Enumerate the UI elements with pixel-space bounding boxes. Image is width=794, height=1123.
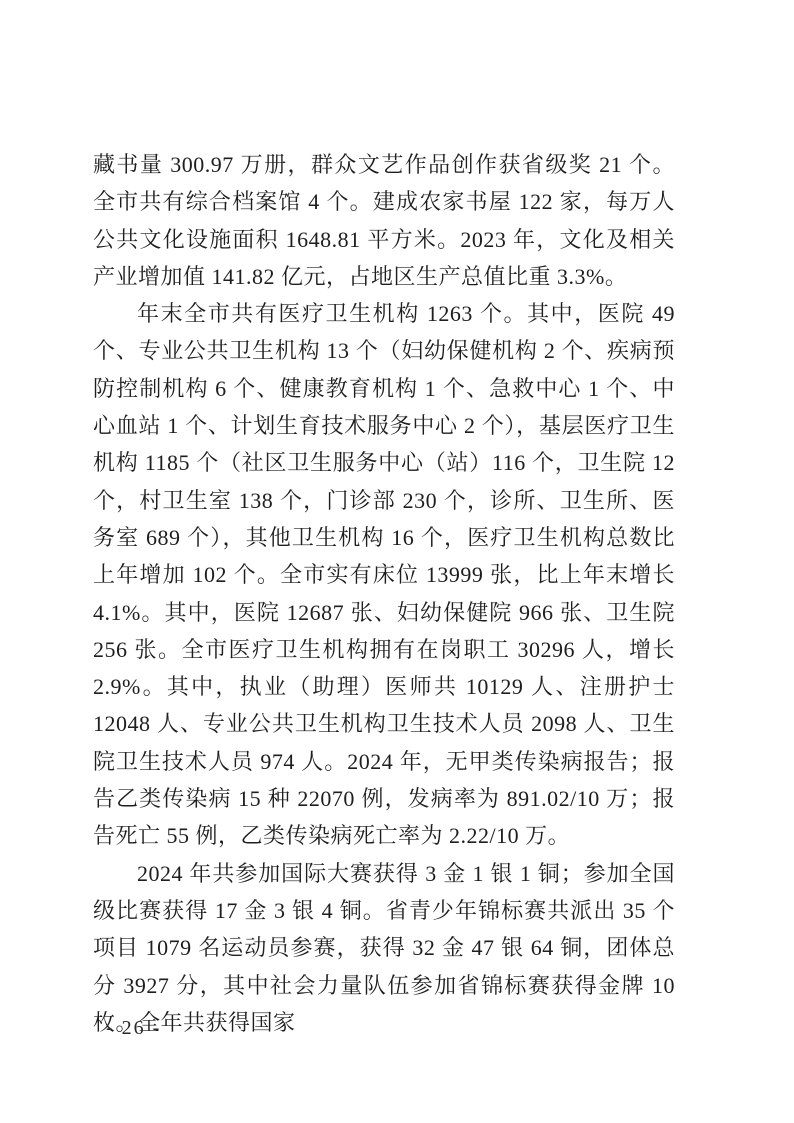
page-body: 藏书量 300.97 万册，群众文艺作品创作获省级奖 21 个。全市共有综合档案…: [93, 146, 675, 1041]
document-page: 藏书量 300.97 万册，群众文艺作品创作获省级奖 21 个。全市共有综合档案…: [0, 0, 794, 1123]
page-number: - 26 -: [106, 1017, 161, 1040]
paragraph-sports-achievements: 2024 年共参加国际大赛获得 3 金 1 银 1 铜；参加全国级比赛获得 17…: [93, 855, 675, 1041]
paragraph-medical-health: 年末全市共有医疗卫生机构 1263 个。其中，医院 49 个、专业公共卫生机构 …: [93, 295, 675, 854]
paragraph-culture-archives: 藏书量 300.97 万册，群众文艺作品创作获省级奖 21 个。全市共有综合档案…: [93, 146, 675, 295]
